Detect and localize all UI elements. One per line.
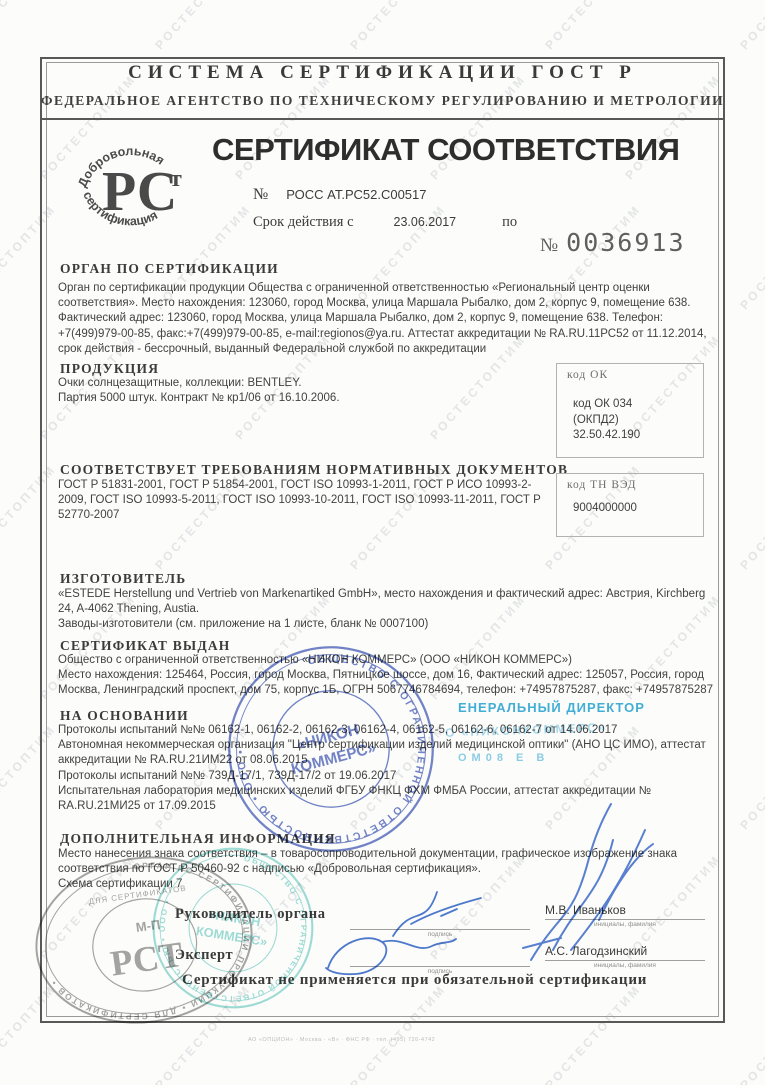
certificate-page: РОСТЕСТОПТИМРОСТЕСТОПТИМРОСТЕСТОПТИМРОСТ… [0,0,765,1085]
product-line-1: Очки солнцезащитные, коллекции: BENTLEY. [58,376,548,391]
additional-para2: Схема сертификации 7 [58,877,708,892]
manufacturer-para1: «ESTEDE Herstellung und Vertrieb von Mar… [58,587,713,617]
basis-para3: Протоколы испытаний №№ 739Д-17/1, 739Д-1… [58,769,718,784]
basis-para2: Автономная некоммерческая организация "Ц… [58,738,718,768]
head-signature-line [350,912,530,930]
system-title: СИСТЕМА СЕРТИФИКАЦИИ ГОСТ Р [0,62,765,84]
expert-signature-line [350,949,530,967]
blank-number-sign: № [540,235,558,256]
basis-para4: Испытательная лаборатория медицинских из… [58,784,718,814]
certificate-number-row: №РОСС AT.РС52.С00517 [253,186,427,204]
code-ok-box: код ОК код ОК 034 (ОКПД2) 32.50.42.190 [556,363,704,458]
number-sign: № [253,186,268,203]
section-product-title: ПРОДУКЦИЯ [60,361,159,377]
validity-label: Срок действия с [253,214,354,230]
basis-para1: Протоколы испытаний №№ 06162-1, 06162-2,… [58,723,718,738]
code-ok-line1: код ОК 034 [573,397,703,413]
expert-name-line [545,959,705,961]
section-manufacturer-body: «ESTEDE Herstellung und Vertrieb von Mar… [58,587,713,633]
logo-mark-t: т [170,166,182,192]
validity-row: Срок действия с23.06.2017по [253,214,517,231]
code-tnved-value: 9004000000 [573,501,703,517]
valid-from-date: 23.06.2017 [394,215,457,229]
footer-note: Сертификат не применяется при обязательн… [182,972,647,989]
section-basis-body: Протоколы испытаний №№ 06162-1, 06162-2,… [58,723,718,814]
section-product-body: Очки солнцезащитные, коллекции: BENTLEY.… [58,376,548,406]
section-issued-body: Общество с ограниченной ответственностью… [58,653,716,699]
head-role-label: Руководитель органа [175,906,326,923]
expert-role-label: Эксперт [175,947,233,964]
section-conforms-title: СООТВЕТСТВУЕТ ТРЕБОВАНИЯМ НОРМАТИВНЫХ ДО… [60,462,568,478]
agency-title: ФЕДЕРАЛЬНОЕ АГЕНТСТВО ПО ТЕХНИЧЕСКОМУ РЕ… [0,93,765,109]
certificate-title: СЕРТИФИКАТ СООТВЕТСТВИЯ [212,132,679,168]
blank-number-row: №0036913 [540,228,686,257]
code-tnved-label: код ТН ВЭД [557,474,703,491]
section-conforms-body: ГОСТ Р 51831-2001, ГОСТ Р 51854-2001, ГО… [58,478,550,524]
code-ok-label: код ОК [557,364,703,381]
expert-name-caption: инициалы, фамилия [545,962,705,969]
certificate-number: РОСС AT.РС52.С00517 [286,187,426,202]
head-name: М.В. Иваньков [545,903,705,917]
rst-voluntary-certification-logo: Добровольная сертификация РС т [58,124,200,236]
manufacturer-para2: Заводы-изготовители (см. приложение на 1… [58,617,713,632]
section-manufacturer-title: ИЗГОТОВИТЕЛЬ [60,571,186,587]
section-issued-title: СЕРТИФИКАТ ВЫДАН [60,638,231,654]
valid-to-label: по [502,214,517,230]
head-signature-caption: подпись [350,931,530,938]
section-org-body: Орган по сертификации продукции Общества… [58,281,714,357]
code-tnved-box: код ТН ВЭД 9004000000 [556,473,704,537]
logo-mark-rs: РС [102,161,177,223]
issued-para2: Место нахождения: 125464, Россия, город … [58,668,716,698]
code-ok-line3: 32.50.42.190 [573,428,703,444]
expert-name: А.С. Лагодзинский [545,944,705,958]
section-org-title: ОРГАН ПО СЕРТИФИКАЦИИ [60,261,279,277]
section-additional-title: ДОПОЛНИТЕЛЬНАЯ ИНФОРМАЦИЯ [60,831,336,847]
section-basis-title: НА ОСНОВАНИИ [60,708,189,724]
print-house-fine-print: АО «ОПЦИОН» · Москва · «В» · ФНС РФ · те… [248,1037,435,1043]
head-name-caption: инициалы, фамилия [545,921,705,928]
product-line-2: Партия 5000 штук. Контракт № кр1/06 от 1… [58,391,548,406]
section-additional-body: Место нанесения знака соответствия – в т… [58,847,708,893]
additional-para1: Место нанесения знака соответствия – в т… [58,847,708,877]
code-ok-value: код ОК 034 (ОКПД2) 32.50.42.190 [573,397,703,444]
head-name-line [545,918,705,920]
blank-number: 0036913 [566,228,685,257]
issued-para1: Общество с ограниченной ответственностью… [58,653,716,668]
code-ok-line2: (ОКПД2) [573,413,703,429]
